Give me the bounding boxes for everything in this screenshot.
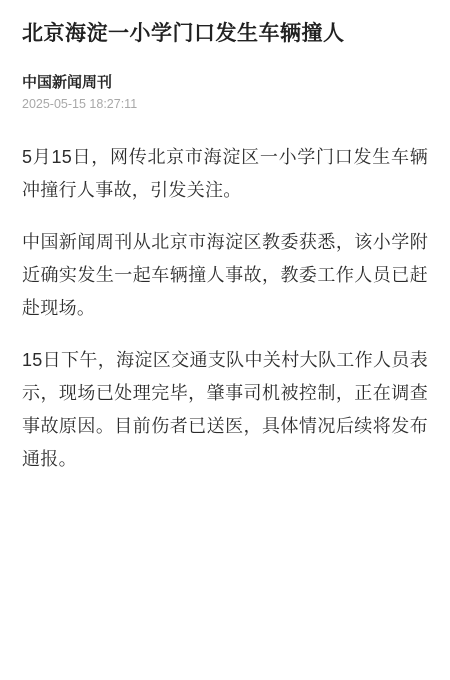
article-content: 北京海淀一小学门口发生车辆撞人 中国新闻周刊 2025-05-15 18:27:… bbox=[0, 0, 450, 476]
article-timestamp: 2025-05-15 18:27:11 bbox=[22, 97, 428, 112]
article-body: 5月15日，网传北京市海淀区一小学门口发生车辆冲撞行人事故，引发关注。 中国新闻… bbox=[22, 141, 428, 476]
article-meta: 中国新闻周刊 2025-05-15 18:27:11 bbox=[22, 74, 428, 112]
article-paragraph: 5月15日，网传北京市海淀区一小学门口发生车辆冲撞行人事故，引发关注。 bbox=[22, 141, 428, 207]
article-paragraph: 15日下午，海淀区交通支队中关村大队工作人员表示，现场已处理完毕，肇事司机被控制… bbox=[22, 344, 428, 476]
article-page: 北京海淀一小学门口发生车辆撞人 中国新闻周刊 2025-05-15 18:27:… bbox=[0, 0, 450, 680]
article-title: 北京海淀一小学门口发生车辆撞人 bbox=[22, 20, 428, 47]
article-paragraph: 中国新闻周刊从北京市海淀区教委获悉，该小学附近确实发生一起车辆撞人事故，教委工作… bbox=[22, 226, 428, 325]
article-source: 中国新闻周刊 bbox=[22, 74, 428, 92]
